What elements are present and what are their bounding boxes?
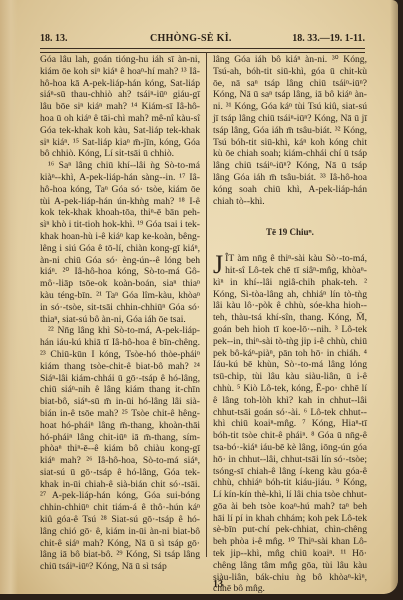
paragraph: ²² Nn̄g lâng khì Sò-to-má, A-pek-liáp-há… <box>40 325 200 573</box>
right-column: lâng Góa iáh bô kiáⁿ àn-ni. ³⁰ Kóng, Tsú… <box>213 54 367 594</box>
page-number: 13 <box>213 579 223 590</box>
paragraph: lâng Góa iáh bô kiáⁿ àn-ni. ³⁰ Kóng, Tsú… <box>213 54 367 207</box>
paragraph: Góa lâu lah, goán tióng-hu iáh sī àn-ni,… <box>40 54 200 160</box>
header-right-reference: 18. 33.—19. 1-11. <box>292 33 365 44</box>
chapter-text: ÎT àm nn̄g ê thiⁿ-sài kàu Sò·-to-má, hit… <box>213 253 367 594</box>
header-double-rule <box>40 48 365 53</box>
binding-gutter <box>0 0 18 594</box>
drop-cap: J <box>213 254 223 276</box>
column-divider <box>206 52 207 557</box>
left-column: Góa lâu lah, goán tióng-hu iáh sī àn-ni,… <box>40 54 200 573</box>
header-book-title: CHHÒNG-SÈ KÌ. <box>150 33 232 44</box>
running-header: 18. 13. CHHÒNG-SÈ KÌ. 18. 33.—19. 1-11. <box>40 33 365 47</box>
page-edge-shadow <box>390 0 398 594</box>
header-left-reference: 18. 13. <box>40 33 68 44</box>
scanned-book-page: 18. 13. CHHÒNG-SÈ KÌ. 18. 33.—19. 1-11. … <box>0 0 398 594</box>
chapter-heading: Tē 19 Chiuⁿ. <box>213 227 367 239</box>
paragraph: ¹⁶ Saⁿ lâng chiū khí--lâi ǹg Sò-to-má ki… <box>40 160 200 325</box>
chapter-paragraph: JÎT àm nn̄g ê thiⁿ-sài kàu Sò·-to-má, hi… <box>213 253 367 594</box>
